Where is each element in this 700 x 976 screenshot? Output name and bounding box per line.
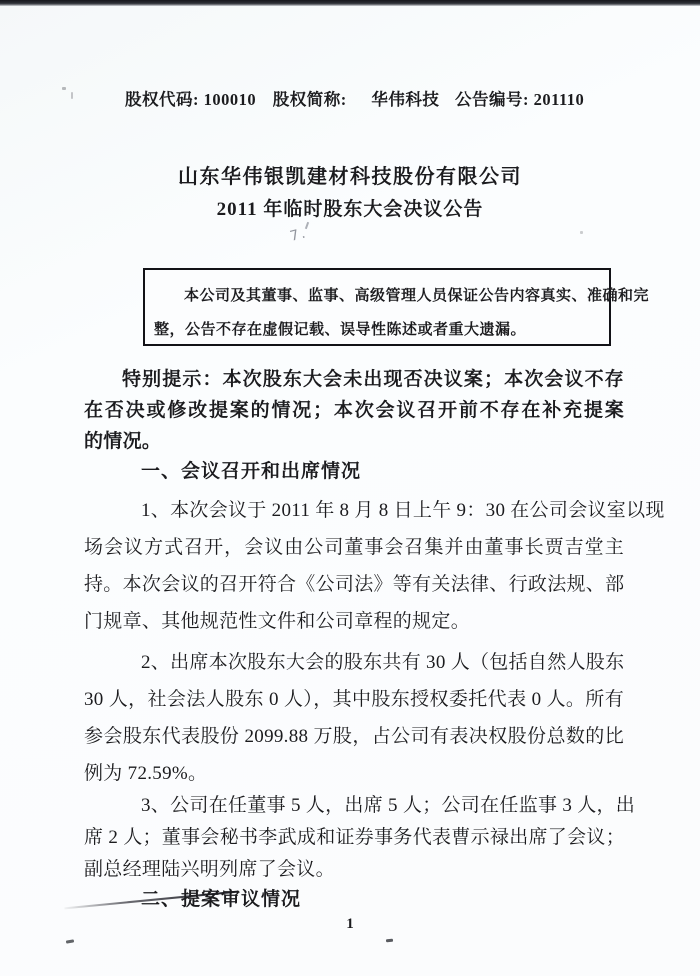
paragraph-line: 场会议方式召开，会议由公司董事会召集并由董事长贾吉堂主 [84, 529, 624, 566]
special-tip-line: 特别提示：本次股东大会未出现否决议案；本次会议不存 [84, 364, 624, 395]
header-notice-number: 公告编号: 201110 [455, 86, 584, 110]
header-stock-abbr-value: 华伟科技 [371, 86, 439, 110]
paragraph-line: 席 2 人；董事会秘书李武成和证券事务代表曹示禄出席了会议； [84, 822, 624, 854]
special-tip-line: 的情况。 [84, 426, 624, 457]
paragraph-line: 门规章、其他规范性文件和公司章程的规定。 [84, 603, 624, 640]
scan-speck-artifact [62, 87, 66, 90]
header-stock-code: 股权代码: 100010 [125, 86, 256, 110]
scan-speck-artifact [386, 939, 393, 943]
disclaimer-line: 本公司及其董事、监事、高级管理人员保证公告内容真实、准确和完 [154, 279, 600, 313]
paragraph-line: 持。本次会议的召开符合《公司法》等有关法律、行政法规、部 [84, 566, 624, 603]
paragraph-line: 副总经理陆兴明列席了会议。 [84, 854, 624, 886]
section-2-heading: 二、提案审议情况 [84, 884, 624, 911]
paragraph-line: 例为 72.59%。 [84, 755, 624, 792]
disclaimer-box: 本公司及其董事、监事、高级管理人员保证公告内容真实、准确和完 整，公告不存在虚假… [143, 268, 611, 346]
section-1-paragraph-2: 2、出席本次股东大会的股东共有 30 人（包括自然人股东 30 人，社会法人股东… [84, 644, 624, 792]
section-1-paragraph-1: 1、本次会议于 2011 年 8 月 8 日上午 9：30 在公司会议室以现 场… [84, 492, 624, 640]
paragraph-line: 2、出席本次股东大会的股东共有 30 人（包括自然人股东 [84, 644, 624, 681]
header-stock-abbr-label: 股权简称: [273, 86, 347, 110]
special-tip-paragraph: 特别提示：本次股东大会未出现否决议案；本次会议不存 在否决或修改提案的情况；本次… [84, 364, 624, 457]
handwritten-tick-artifact [305, 222, 309, 229]
scan-speck-artifact [66, 939, 74, 943]
document-header-row: 股权代码: 100010 股权简称: 华伟科技 公告编号: 201110 [125, 86, 584, 110]
document-title-line-1: 山东华伟银凯建材科技股份有限公司 [0, 160, 700, 189]
paragraph-line: 参会股东代表股份 2099.88 万股，占公司有表决权股份总数的比 [84, 718, 624, 755]
scan-top-edge-artifact [0, 0, 700, 6]
section-1-heading: 一、会议召开和出席情况 [84, 456, 624, 483]
disclaimer-line: 整，公告不存在虚假记载、误导性陈述或者重大遗漏。 [154, 313, 600, 347]
paragraph-line: 1、本次会议于 2011 年 8 月 8 日上午 9：30 在公司会议室以现 [84, 492, 624, 529]
paragraph-line: 3、公司在任董事 5 人，出席 5 人；公司在任监事 3 人，出 [84, 790, 624, 822]
paragraph-line: 30 人，社会法人股东 0 人），其中股东授权委托代表 0 人。所有 [84, 681, 624, 718]
special-tip-line: 在否决或修改提案的情况；本次会议召开前不存在补充提案 [84, 395, 624, 426]
section-1-paragraph-3: 3、公司在任董事 5 人，出席 5 人；公司在任监事 3 人，出 席 2 人；董… [84, 790, 624, 886]
scan-speck-artifact [580, 231, 583, 234]
document-title-line-2: 2011 年临时股东大会决议公告 [0, 194, 700, 221]
scan-speck-artifact [71, 92, 73, 99]
scanned-document-page: 股权代码: 100010 股权简称: 华伟科技 公告编号: 201110 山东华… [0, 0, 700, 976]
page-number: 1 [0, 916, 700, 933]
